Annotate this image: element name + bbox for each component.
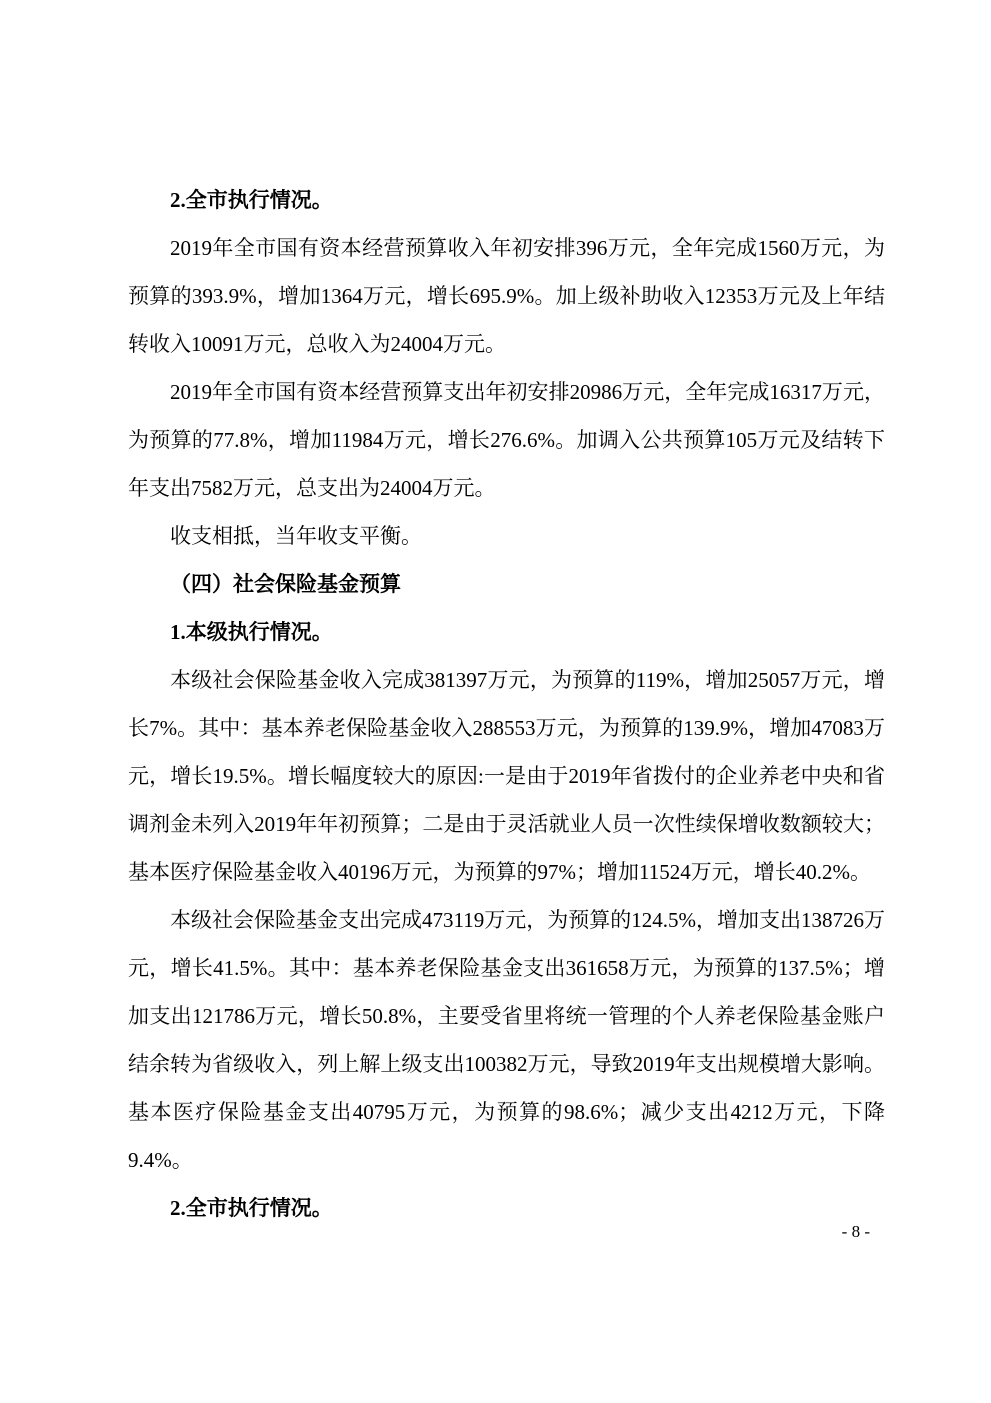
heading-citywide-execution-social: 2.全市执行情况。 bbox=[128, 1184, 885, 1232]
paragraph-social-insurance-expenditure: 本级社会保险基金支出完成473119万元，为预算的124.5%，增加支出1387… bbox=[128, 896, 885, 1184]
page-number: - 8 - bbox=[842, 1221, 870, 1243]
paragraph-balance: 收支相抵，当年收支平衡。 bbox=[128, 512, 885, 560]
heading-citywide-execution-soe: 2.全市执行情况。 bbox=[128, 176, 885, 224]
document-body: 2.全市执行情况。2019年全市国有资本经营预算收入年初安排396万元，全年完成… bbox=[128, 176, 885, 1232]
paragraph-social-insurance-revenue: 本级社会保险基金收入完成381397万元，为预算的119%，增加25057万元，… bbox=[128, 656, 885, 896]
heading-social-insurance-fund-budget: （四）社会保险基金预算 bbox=[128, 560, 885, 608]
document-page: 2.全市执行情况。2019年全市国有资本经营预算收入年初安排396万元，全年完成… bbox=[0, 0, 991, 1403]
paragraph-soe-expenditure: 2019年全市国有资本经营预算支出年初安排20986万元，全年完成16317万元… bbox=[128, 368, 885, 512]
heading-municipal-level-execution: 1.本级执行情况。 bbox=[128, 608, 885, 656]
paragraph-soe-revenue: 2019年全市国有资本经营预算收入年初安排396万元，全年完成1560万元，为预… bbox=[128, 224, 885, 368]
